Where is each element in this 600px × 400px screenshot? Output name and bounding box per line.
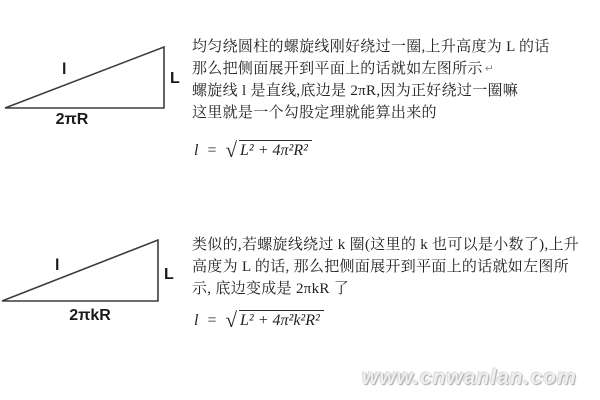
text-line-content: 那么把侧面展开到平面上的话就如左图所示 xyxy=(192,61,483,77)
equals-sign: = xyxy=(207,312,216,329)
text-line: 这里就是一个勾股定理就能算出来的 xyxy=(192,102,598,124)
height-label: L xyxy=(164,267,174,283)
text-line-content: 示, 底边变成是 2πkR 了 xyxy=(192,281,349,297)
formula-lhs: l xyxy=(194,142,198,159)
explanation-k-turns: 类似的,若螺旋线绕过 k 圈(这里的 k 也可以是小数了),上升 高度为 L 的… xyxy=(192,234,598,300)
text-line-content: 螺旋线 l 是直线,底边是 2πR,因为正好绕过一圈嘛 xyxy=(192,83,518,99)
text-line: 示, 底边变成是 2πkR 了 xyxy=(192,278,598,300)
text-line: 均匀绕圆柱的螺旋线刚好绕过一圈,上升高度为 L 的话 xyxy=(192,36,598,58)
height-label: L xyxy=(170,71,180,87)
text-line-content: 这里就是一个勾股定理就能算出来的 xyxy=(192,105,437,121)
text-line: 螺旋线 l 是直线,底边是 2πR,因为正好绕过一圈嘛 xyxy=(192,80,598,102)
right-triangle-graphic xyxy=(0,40,200,140)
triangle-diagram-k-turns: l L 2πkR xyxy=(0,233,200,338)
base-label: 2πR xyxy=(44,112,100,128)
hypotenuse-label: l xyxy=(55,258,59,274)
text-line: 那么把侧面展开到平面上的话就如左图所示↵ xyxy=(192,58,598,80)
base-label: 2πkR xyxy=(58,308,122,324)
formula-one-turn: l = √ L² + 4π²R² xyxy=(194,140,312,161)
formula-lhs: l xyxy=(194,312,198,329)
line-break-mark: ↵ xyxy=(485,63,495,75)
text-line-content: 高度为 L 的话, 那么把侧面展开到平面上的话就如左图所 xyxy=(192,259,569,275)
formula-k-turns: l = √ L² + 4π²k²R² xyxy=(194,310,324,331)
radical-sign: √ xyxy=(225,308,237,332)
triangle-diagram-one-turn: l L 2πR xyxy=(0,40,200,140)
explanation-one-turn: 均匀绕圆柱的螺旋线刚好绕过一圈,上升高度为 L 的话 那么把侧面展开到平面上的话… xyxy=(192,36,598,124)
page: l L 2πR 均匀绕圆柱的螺旋线刚好绕过一圈,上升高度为 L 的话 那么把侧面… xyxy=(0,0,600,400)
site-watermark: www.cnwanlan.com xyxy=(362,366,577,390)
text-line: 类似的,若螺旋线绕过 k 圈(这里的 k 也可以是小数了),上升 xyxy=(192,234,598,256)
text-line-content: 均匀绕圆柱的螺旋线刚好绕过一圈,上升高度为 L 的话 xyxy=(192,39,550,55)
text-line-content: 类似的,若螺旋线绕过 k 圈(这里的 k 也可以是小数了),上升 xyxy=(192,237,579,253)
radicand: L² + 4π²R² xyxy=(239,140,312,159)
radical-sign: √ xyxy=(225,138,237,162)
radicand: L² + 4π²k²R² xyxy=(239,310,324,329)
text-line: 高度为 L 的话, 那么把侧面展开到平面上的话就如左图所 xyxy=(192,256,598,278)
hypotenuse-label: l xyxy=(62,62,66,78)
equals-sign: = xyxy=(207,142,216,159)
